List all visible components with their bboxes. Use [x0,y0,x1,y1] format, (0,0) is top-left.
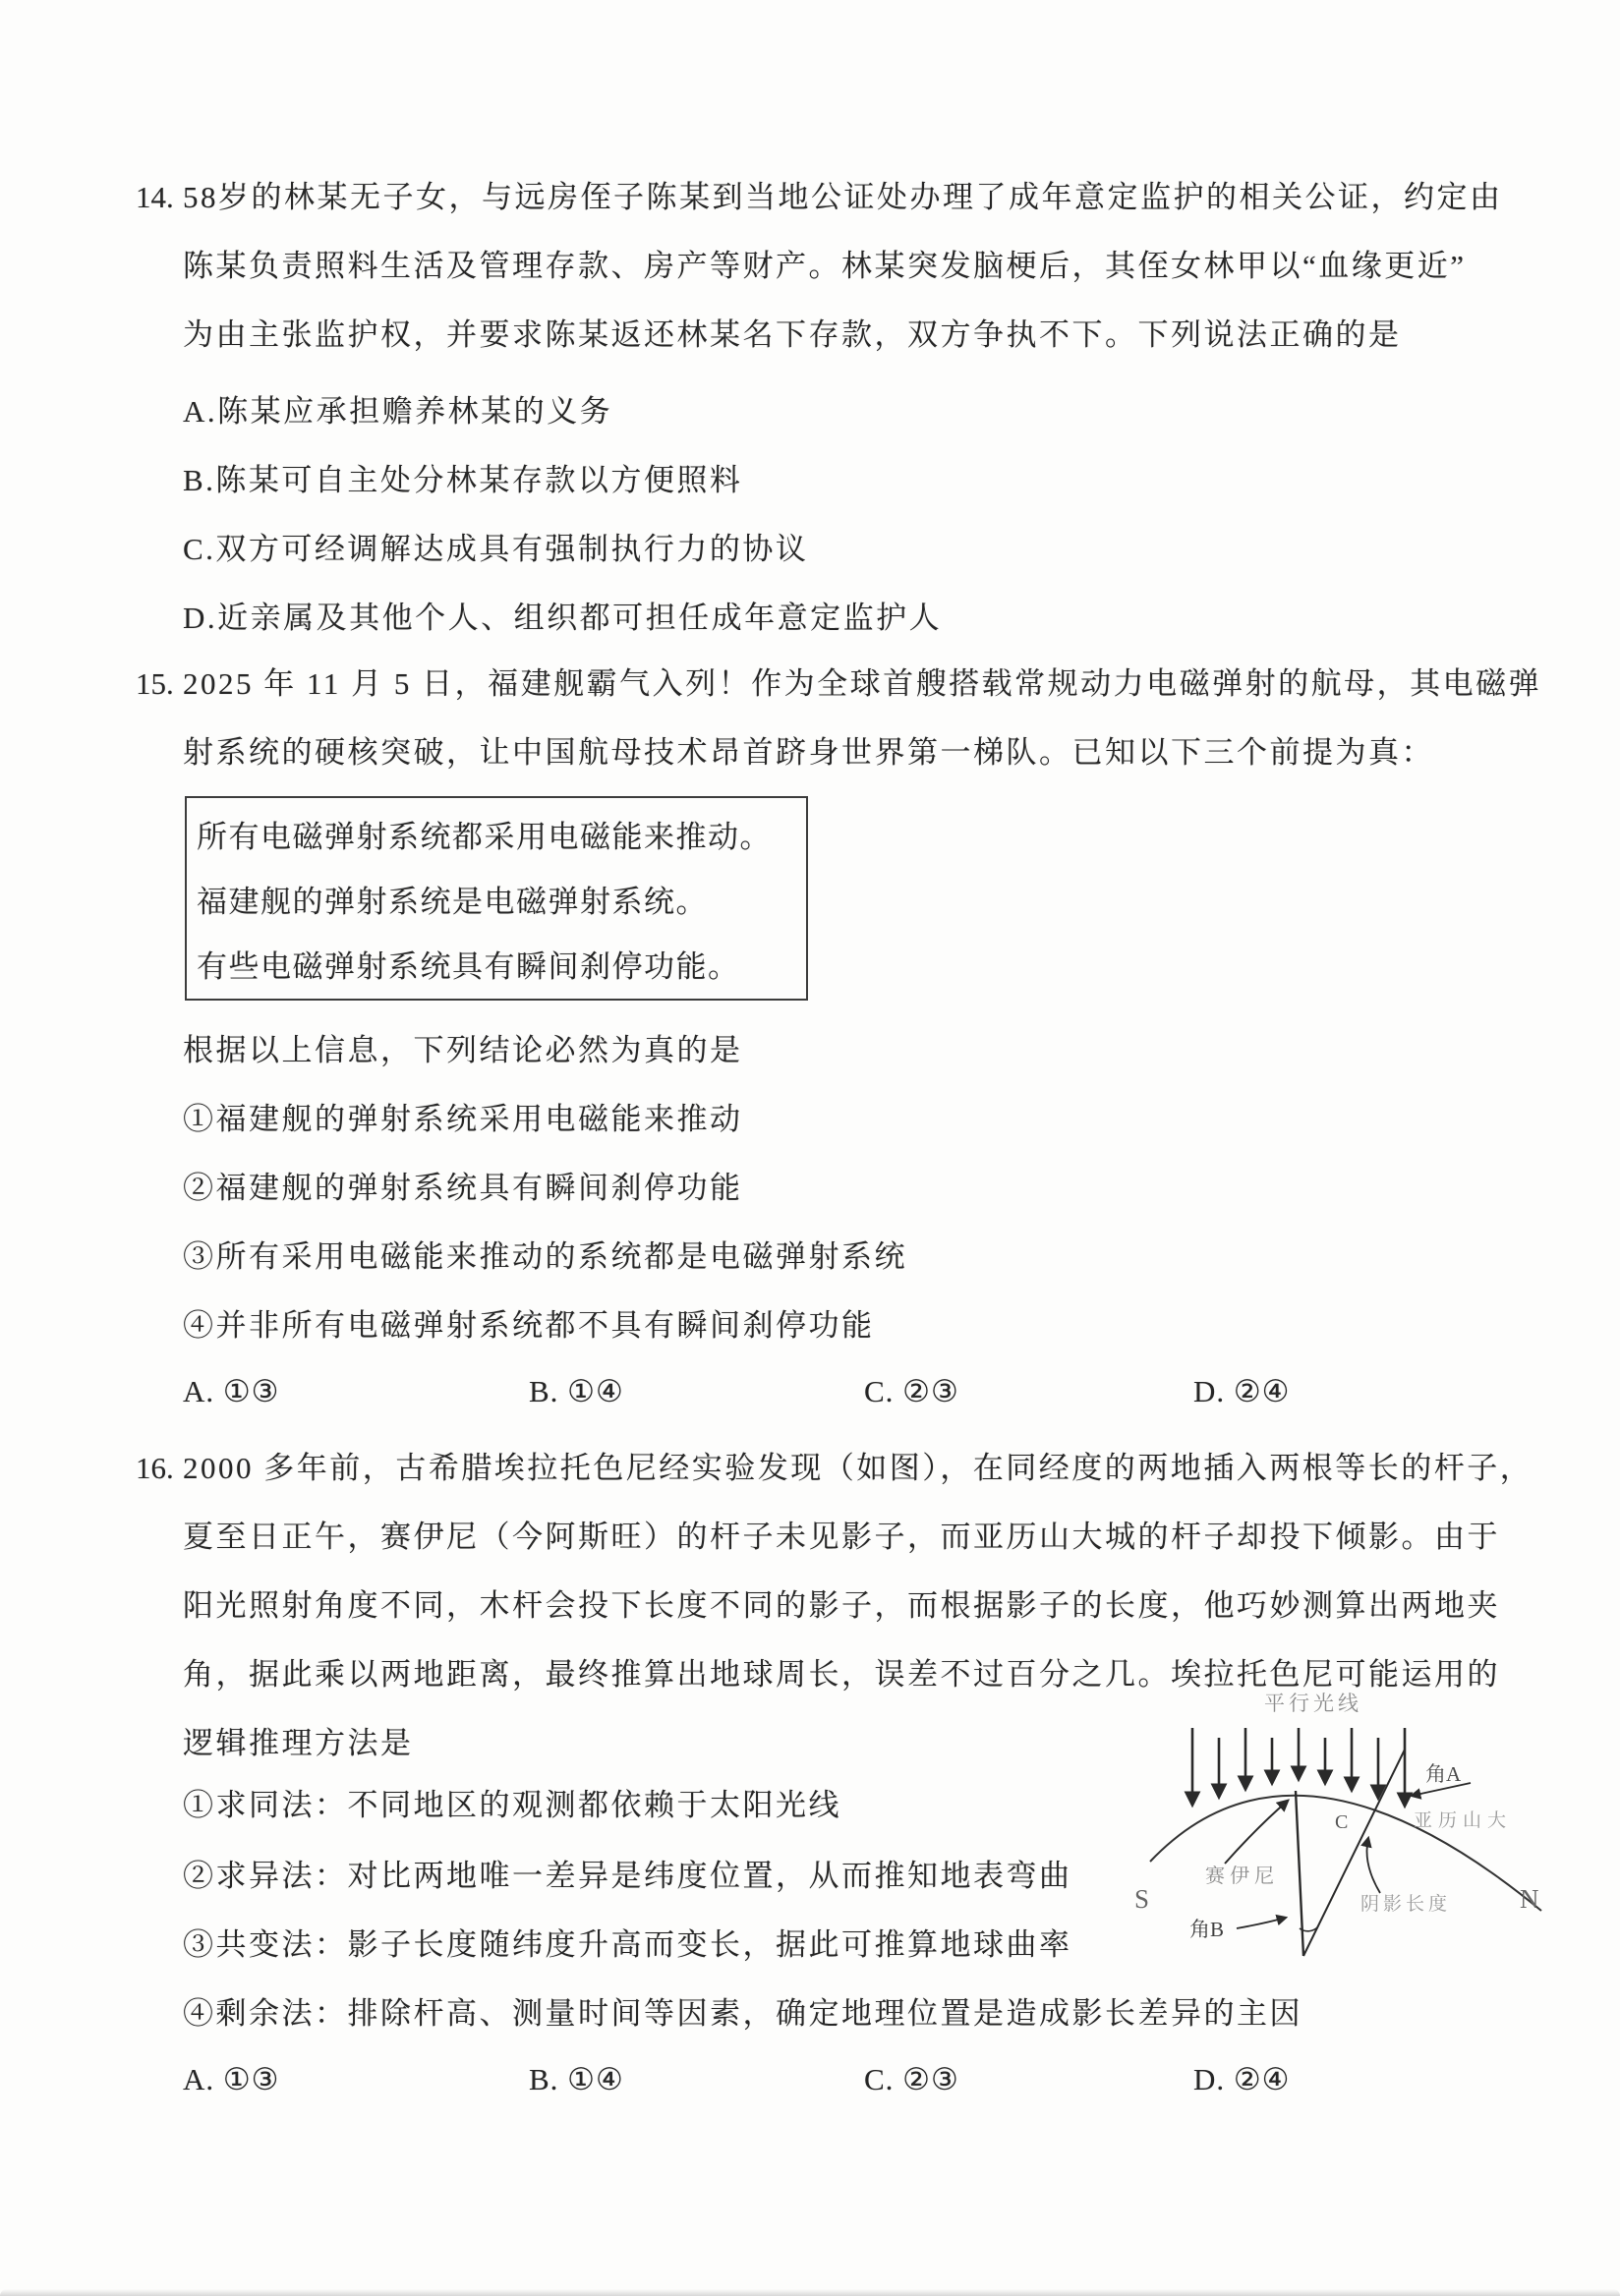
q15-premise-box: 所有电磁弹射系统都采用电磁能来推动。 福建舰的弹射系统是电磁弹射系统。 有些电磁… [185,796,808,1001]
q16-stem-text-1: 2000 多年前，古希腊埃拉托色尼经实验发现（如图），在同经度的两地插入两根等长… [183,1451,1533,1485]
q15-stem-text-1: 2025 年 11 月 5 日，福建舰霸气入列！作为全球首艘搭载常规动力电磁弹射… [183,666,1541,701]
q16-method-2: ②求异法：对比两地唯一差异是纬度位置，从而推知地表弯曲 [183,1856,1072,1897]
alexandria-label: 亚历山大 [1414,1809,1512,1831]
shadow-length-label: 阴影长度 [1360,1893,1451,1915]
q16-choices-row: A. ①③ B. ①④ C. ②③ D. ②④ [183,2062,1451,2107]
parallel-rays [1192,1728,1405,1806]
q16-method-3: ③共变法：影子长度随纬度升高而变长，据此可推算地球曲率 [183,1924,1072,1966]
q14-stem-text-1: 58岁的林某无子女，与远房侄子陈某到当地公证处办理了成年意定监护的相关公证，约定… [183,180,1503,214]
q16-stem-line-2: 夏至日正午，赛伊尼（今阿斯旺）的杆子未见影子，而亚历山大城的杆子却投下倾影。由于 [183,1517,1500,1558]
angle-a-label: 角A [1425,1762,1462,1786]
q15-premise-3: 有些电磁弹射系统具有瞬间刹停功能。 [197,942,740,986]
q14-option-a: A.陈某应承担赡养林某的义务 [183,391,612,432]
q15-choice-b: B. ①④ [529,1374,624,1409]
q16-method-1: ①求同法：不同地区的观测都依赖于太阳光线 [183,1785,841,1826]
alexandria-stick-line [1303,1750,1405,1956]
q15-stem-line-2: 射系统的硬核突破，让中国航母技术昂首跻身世界第一梯队。已知以下三个前提为真： [183,732,1434,774]
q15-conclusion-4: ④并非所有电磁弹射系统都不具有瞬间刹停功能 [183,1305,875,1347]
q15-number: 15. [136,663,183,705]
q16-stem-line-3: 阳光照射角度不同，木杆会投下长度不同的影子，而根据影子的长度，他巧妙测算出两地夹 [183,1585,1500,1627]
q16-method-4: ④剩余法：排除杆高、测量时间等因素，确定地理位置是造成影长差异的主因 [183,1993,1302,2035]
q16-stem-line-1: 16.2000 多年前，古希腊埃拉托色尼经实验发现（如图），在同经度的两地插入两… [136,1448,1533,1489]
scan-bottom-edge-artifact [0,2289,1620,2296]
q14-option-c: C.双方可经调解达成具有强制执行力的协议 [183,529,808,570]
q16-choice-d: D. ②④ [1193,2062,1290,2097]
shadow-callout-arrow [1367,1838,1381,1893]
angle-b-callout-arrow [1237,1918,1286,1928]
q15-stem-line-1: 15.2025 年 11 月 5 日，福建舰霸气入列！作为全球首艘搭载常规动力电… [136,663,1541,705]
q14-stem-line-3: 为由主张监护权，并要求陈某返还林某名下存款，双方争执不下。下列说法正确的是 [183,315,1402,356]
arc-point-label: C [1335,1811,1348,1833]
q14-stem-line-2: 陈某负责照料生活及管理存款、房产等财产。林某突发脑梗后，其侄女林甲以“血缘更近” [183,246,1467,287]
q16-choice-c: C. ②③ [864,2062,959,2097]
q14-stem-line-1: 14.58岁的林某无子女，与远房侄子陈某到当地公证处办理了成年意定监护的相关公证… [136,177,1503,218]
q15-conclusion-2: ②福建舰的弹射系统具有瞬间刹停功能 [183,1168,743,1209]
q14-number: 14. [136,177,183,218]
syene-label: 赛伊尼 [1205,1865,1279,1887]
q16-number: 16. [136,1448,183,1489]
south-label: S [1134,1884,1149,1914]
syene-stick-line [1296,1791,1303,1956]
q15-premise-2: 福建舰的弹射系统是电磁弹射系统。 [197,877,708,921]
q15-choice-d: D. ②④ [1193,1374,1290,1409]
q14-option-b: B.陈某可自主处分林某存款以方便照料 [183,460,742,501]
exam-page: 14.58岁的林某无子女，与远房侄子陈某到当地公证处办理了成年意定监护的相关公证… [0,0,1620,2296]
q15-choices-row: A. ①③ B. ①④ C. ②③ D. ②④ [183,1374,1451,1419]
north-label: N [1520,1884,1539,1914]
q16-choice-b: B. ①④ [529,2062,624,2097]
q15-conclusion-1: ①福建舰的弹射系统采用电磁能来推动 [183,1099,743,1140]
angle-b-label: 角B [1189,1918,1224,1941]
q15-conclusion-3: ③所有采用电磁能来推动的系统都是电磁弹射系统 [183,1236,907,1278]
q16-stem-line-5: 逻辑推理方法是 [183,1723,414,1764]
syene-callout-arrow [1225,1801,1288,1864]
q15-choice-c: C. ②③ [864,1374,959,1409]
q15-premise-1: 所有电磁弹射系统都采用电磁能来推动。 [197,812,772,856]
eratosthenes-diagram: 平行光线 角A 亚历山大 C 赛伊尼 阴影长度 角B S N [1109,1681,1620,1987]
parallel-rays-label: 平行光线 [1264,1692,1362,1715]
q15-choice-a: A. ①③ [183,1374,279,1409]
q15-lead-line: 根据以上信息，下列结论必然为真的是 [183,1030,743,1071]
q14-option-d: D.近亲属及其他个人、组织都可担任成年意定监护人 [183,598,942,639]
q16-choice-a: A. ①③ [183,2062,279,2097]
